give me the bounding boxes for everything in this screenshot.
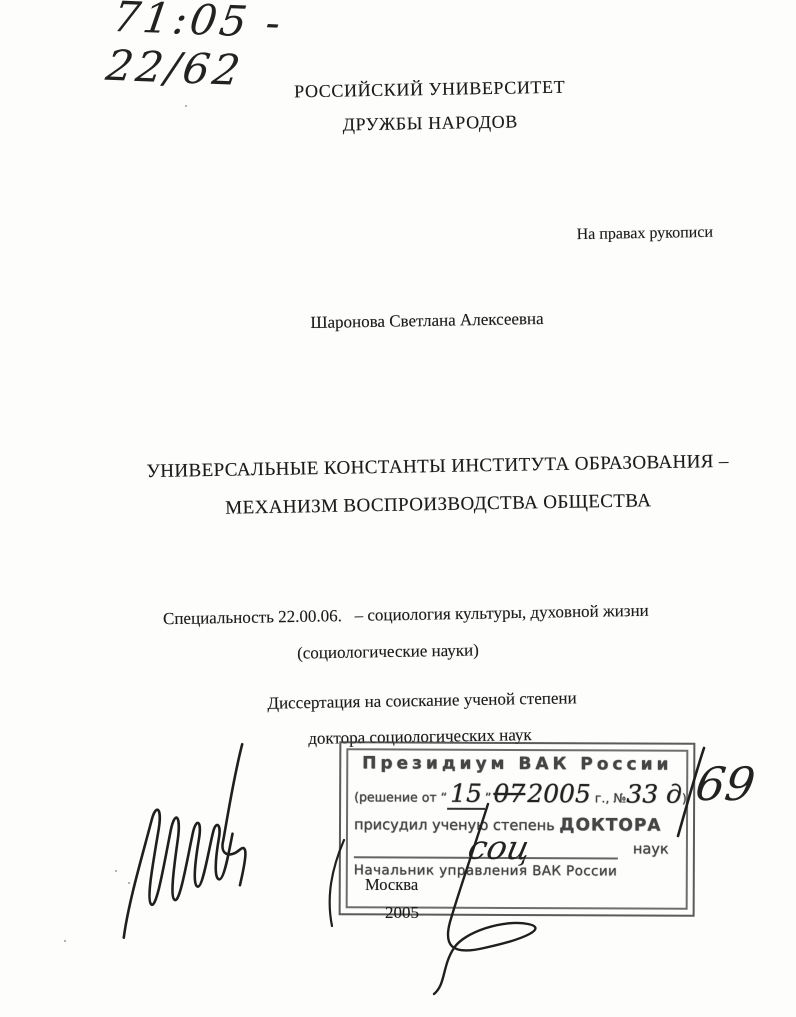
dissertation-title-page: 71:05 - 22/62 РОССИЙСКИЙ УНИВЕРСИТЕТ ДРУ… (0, 0, 796, 1017)
official-signature-icon (400, 798, 555, 998)
manuscript-note: На правах рукописи (0, 224, 713, 254)
annotation-69: 69 (664, 742, 774, 842)
dissertation-title: УНИВЕРСАЛЬНЫЕ КОНСТАНТЫ ИНСТИТУТА ОБРАЗО… (79, 442, 796, 530)
stamp-degree-word: ДОКТОРА (559, 815, 661, 835)
university-name: РОССИЙСКИЙ УНИВЕРСИТЕТ ДРУЖБЫ НАРОДОВ (63, 66, 796, 147)
degree-line1: Диссертация на соискание ученой степени (44, 684, 796, 717)
author-name: Шаронова Светлана Алексеевна (62, 305, 792, 338)
annotation-69-text: 69 (692, 757, 758, 811)
specialty-line: Специальность 22.00.06. – социология кул… (163, 601, 649, 629)
scan-speck (185, 105, 187, 107)
pen-stroke-icon (320, 836, 354, 931)
author-signature-icon (92, 729, 292, 952)
stamp-header: Президиум ВАК России (341, 753, 693, 775)
specialty-note: (социологические науки) (0, 635, 776, 669)
stamp-nauk-label: наук (633, 842, 669, 858)
scan-speck (64, 940, 66, 942)
